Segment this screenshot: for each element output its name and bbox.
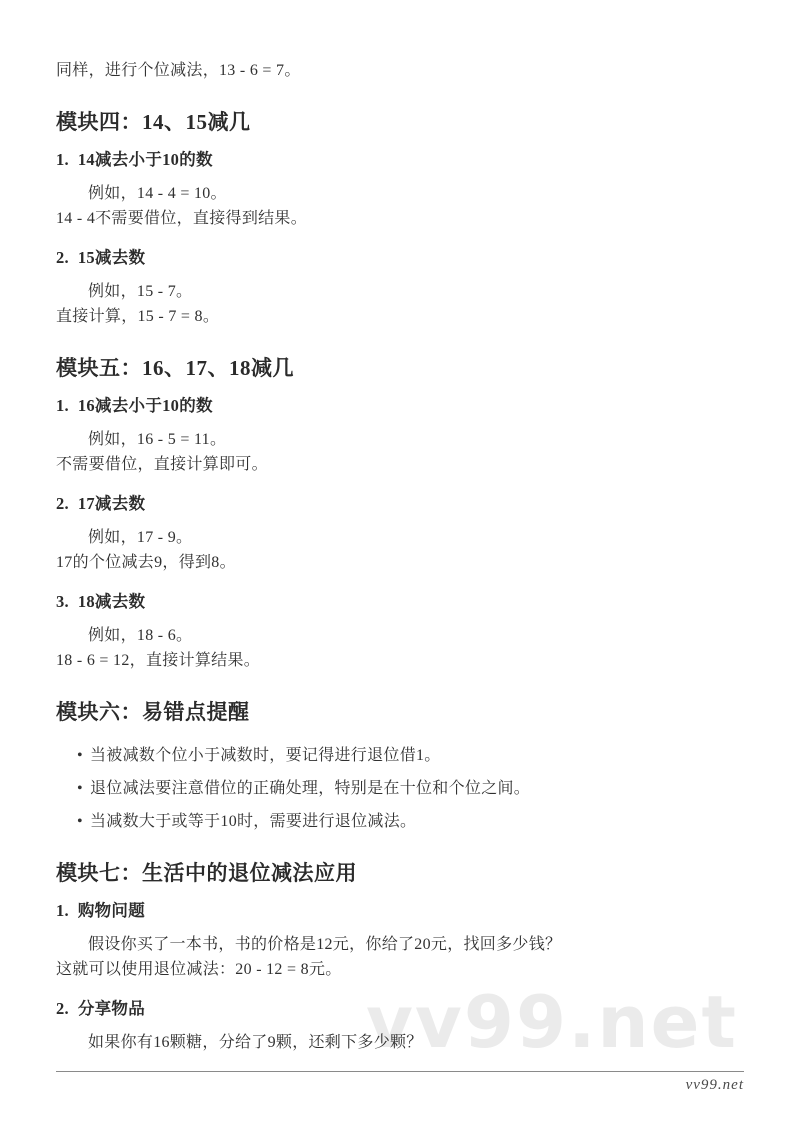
paragraph-group: 假设你买了一本书，书的价格是12元，你给了20元，找回多少钱？ 这就可以使用退位… [56, 932, 744, 982]
paragraph-line: 同样，进行个位减法，13 - 6 = 7。 [56, 58, 744, 83]
note-line: 直接计算，15 - 7 = 8。 [56, 304, 744, 329]
subsection-title: 2. 17减去数 [56, 495, 744, 513]
example-line: 例如，14 - 4 = 10。 [56, 181, 744, 206]
note-line: 18 - 6 = 12，直接计算结果。 [56, 648, 744, 673]
example-line: 例如，15 - 7。 [56, 279, 744, 304]
section-title-module5: 模块五：16、17、18减几 [56, 357, 744, 379]
example-line: 例如，16 - 5 = 11。 [56, 427, 744, 452]
note-line: 14 - 4不需要借位，直接得到结果。 [56, 206, 744, 231]
subsection-title: 1. 14减去小于10的数 [56, 151, 744, 169]
section-title-module7: 模块七：生活中的退位减法应用 [56, 862, 744, 884]
document-page: vv99.net 同样，进行个位减法，13 - 6 = 7。 模块四：14、15… [0, 0, 800, 1130]
subsection-title: 1. 购物问题 [56, 902, 744, 920]
note-line: 这就可以使用退位减法：20 - 12 = 8元。 [56, 957, 744, 982]
bullet-item: 当减数大于或等于10时，需要进行退位减法。 [56, 809, 744, 834]
paragraph-group: 例如，18 - 6。 18 - 6 = 12，直接计算结果。 [56, 623, 744, 673]
note-line: 不需要借位，直接计算即可。 [56, 452, 744, 477]
subsection-title: 1. 16减去小于10的数 [56, 397, 744, 415]
example-line: 例如，18 - 6。 [56, 623, 744, 648]
paragraph-group: 例如，15 - 7。 直接计算，15 - 7 = 8。 [56, 279, 744, 329]
document-content: 同样，进行个位减法，13 - 6 = 7。 模块四：14、15减几 1. 14减… [0, 58, 800, 1095]
example-line: 假设你买了一本书，书的价格是12元，你给了20元，找回多少钱？ [56, 932, 744, 957]
footer-divider [56, 1071, 744, 1072]
subsection-title: 2. 15减去数 [56, 249, 744, 267]
example-line: 如果你有16颗糖，分给了9颗，还剩下多少颗？ [56, 1030, 744, 1055]
paragraph-group: 如果你有16颗糖，分给了9颗，还剩下多少颗？ [56, 1030, 744, 1055]
subsection-title: 3. 18减去数 [56, 593, 744, 611]
section-title-module4: 模块四：14、15减几 [56, 111, 744, 133]
section-title-module6: 模块六：易错点提醒 [56, 701, 744, 723]
note-line: 17的个位减去9，得到8。 [56, 550, 744, 575]
example-line: 例如，17 - 9。 [56, 525, 744, 550]
bullet-item: 当被减数个位小于减数时，要记得进行退位借1。 [56, 743, 744, 768]
subsection-title: 2. 分享物品 [56, 1000, 744, 1018]
tips-list: 当被减数个位小于减数时，要记得进行退位借1。 退位减法要注意借位的正确处理，特别… [56, 743, 744, 834]
bullet-item: 退位减法要注意借位的正确处理，特别是在十位和个位之间。 [56, 776, 744, 801]
paragraph-group: 例如，14 - 4 = 10。 14 - 4不需要借位，直接得到结果。 [56, 181, 744, 231]
paragraph-group: 例如，16 - 5 = 11。 不需要借位，直接计算即可。 [56, 427, 744, 477]
footer-site-label: vv99.net [56, 1075, 744, 1095]
paragraph-group: 例如，17 - 9。 17的个位减去9，得到8。 [56, 525, 744, 575]
